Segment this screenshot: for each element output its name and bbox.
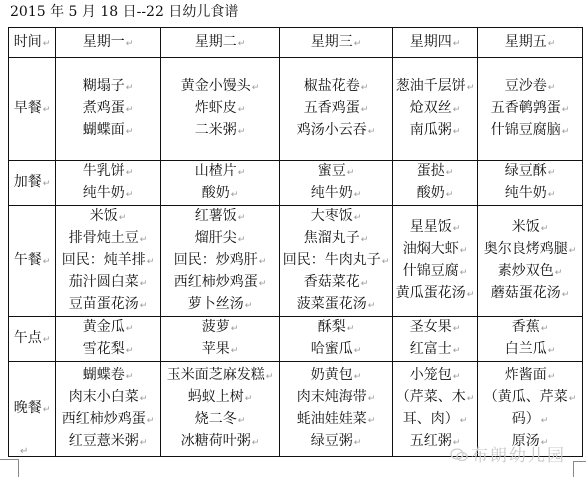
header-day-wed: 星期三↵	[280, 28, 393, 58]
dish-item: 椒盐花卷↵	[280, 76, 392, 98]
header-day-mon: 星期一↵	[56, 28, 161, 58]
dish-item: 煮鸡蛋↵	[56, 98, 160, 120]
dish-item: （黄瓜、芹菜↵	[478, 387, 582, 409]
menu-cell: 糊塌子↵煮鸡蛋↵蝴蝶面↵	[56, 58, 161, 161]
dish-item: 豆沙卷↵	[478, 76, 582, 98]
dish-item: 油焖大虾↵	[393, 239, 477, 261]
dish-item: 米饭↵	[478, 217, 582, 239]
header-time: 时间↵	[9, 28, 56, 58]
dish-item: 黄瓜蛋花汤↵	[393, 283, 477, 305]
dish-item: 菠菜蛋花汤↵	[280, 294, 392, 316]
dish-item: 耳、肉）↵	[393, 409, 477, 431]
meal-time-label: 早餐↵	[9, 58, 56, 161]
dish-item: 红薯饭↵	[161, 206, 279, 228]
dish-item: 山楂片↵	[161, 161, 279, 183]
dish-item: 星星饭↵	[393, 217, 477, 239]
dish-item: 黄金瓜↵	[56, 317, 160, 339]
paragraph-mark: ↵	[20, 446, 28, 457]
dish-item: 二米粥↵	[161, 120, 279, 142]
header-day-thu: 星期四↵	[393, 28, 478, 58]
dish-item: 焦溜丸子↵	[280, 228, 392, 250]
dish-item: 熘肝尖↵	[161, 228, 279, 250]
dish-item: 炸酱面↵	[478, 365, 582, 387]
dish-item: 黄金小馒头↵	[161, 76, 279, 98]
dish-item: 蚂蚁上树↵	[161, 387, 279, 409]
dish-item: 什锦豆腐↵	[393, 261, 477, 283]
dish-item: 蘑菇蛋花汤↵	[478, 283, 582, 305]
watermark: 布朗幼儿园	[450, 441, 566, 466]
dish-item: 雪花梨↵	[56, 339, 160, 361]
menu-cell: 蝴蝶卷↵肉末小白菜↵西红柿炒鸡蛋↵红豆薏米粥↵	[56, 362, 161, 457]
document-title: 2015 年 5 月 18 日--22 日幼儿食谱	[10, 3, 238, 21]
dish-item: 酸奶↵	[393, 183, 477, 205]
dish-item: 苹果↵	[161, 339, 279, 361]
dish-item: 奥尔良烤鸡腿↵	[478, 239, 582, 261]
dish-item: 炸虾皮↵	[161, 98, 279, 120]
menu-cell: 星星饭↵油焖大虾↵什锦豆腐↵黄瓜蛋花汤↵	[393, 206, 478, 317]
dish-item: 绿豆粥↵	[280, 431, 392, 453]
dish-item: 白兰瓜↵	[478, 339, 582, 361]
meal-time-label: 午点↵	[9, 317, 56, 362]
dish-item: 五香鹌鹑蛋↵	[478, 98, 582, 120]
dish-item: 圣女果↵	[393, 317, 477, 339]
dish-item: 回民：牛肉丸子↵	[280, 250, 392, 272]
menu-cell: 绿豆酥↵纯牛奶↵	[478, 161, 583, 206]
dish-item: 回民：炖羊排↵	[56, 250, 160, 272]
dish-item: 红富士↵	[393, 339, 477, 361]
dish-item: 萝卜丝汤↵	[161, 294, 279, 316]
menu-cell: 豆沙卷↵五香鹌鹑蛋↵什锦豆腐脑↵	[478, 58, 583, 161]
weekly-menu-table: 时间↵ 星期一↵ 星期二↵ 星期三↵ 星期四↵ 星期五↵ 早餐↵糊塌子↵煮鸡蛋↵…	[8, 27, 583, 457]
dish-item: 西红柿炒鸡蛋↵	[161, 272, 279, 294]
meal-row: 午餐↵米饭↵排骨炖土豆↵回民：炖羊排↵茄汁圆白菜↵豆苗蛋花汤↵红薯饭↵熘肝尖↵回…	[9, 206, 583, 317]
menu-cell: 山楂片↵酸奶↵	[161, 161, 280, 206]
dish-item: （芹菜、木↵	[393, 387, 477, 409]
dish-item: 肉末炖海带↵	[280, 387, 392, 409]
dish-item: 鸡汤小云吞↵	[280, 120, 392, 142]
dish-item: 葱油千层饼↵	[393, 76, 477, 98]
dish-item: 蜜豆↵	[280, 161, 392, 183]
dish-item: 回民：炒鸡肝↵	[161, 250, 279, 272]
meal-time-label: 加餐↵	[9, 161, 56, 206]
header-day-tue: 星期二↵	[161, 28, 280, 58]
menu-cell: 黄金小馒头↵炸虾皮↵二米粥↵	[161, 58, 280, 161]
dish-item: 蝴蝶卷↵	[56, 365, 160, 387]
meal-row: 午点↵黄金瓜↵雪花梨↵菠萝↵苹果↵酥梨↵哈蜜瓜↵圣女果↵红富士↵香蕉↵白兰瓜↵	[9, 317, 583, 362]
dish-item: 米饭↵	[56, 206, 160, 228]
dish-item: 素炒双色↵	[478, 261, 582, 283]
dish-item: 香蕉↵	[478, 317, 582, 339]
menu-cell: 米饭↵奥尔良烤鸡腿↵素炒双色↵蘑菇蛋花汤↵	[478, 206, 583, 317]
meal-time-label: 晚餐↵	[9, 362, 56, 457]
menu-cell: 牛乳饼↵纯牛奶↵	[56, 161, 161, 206]
menu-cell: 黄金瓜↵雪花梨↵	[56, 317, 161, 362]
menu-cell: 玉米面芝麻发糕↵蚂蚁上树↵烧二冬↵冰糖荷叶粥↵	[161, 362, 280, 457]
dish-item: 南瓜粥↵	[393, 120, 477, 142]
dish-item: 绿豆酥↵	[478, 161, 582, 183]
dish-item: 牛乳饼↵	[56, 161, 160, 183]
dish-item: 小笼包↵	[393, 365, 477, 387]
meal-row: 加餐↵牛乳饼↵纯牛奶↵山楂片↵酸奶↵蜜豆↵纯牛奶↵蛋挞↵酸奶↵绿豆酥↵纯牛奶↵	[9, 161, 583, 206]
dish-item: 冰糖荷叶粥↵	[161, 431, 279, 453]
header-day-fri: 星期五↵	[478, 28, 583, 58]
dish-item: 西红柿炒鸡蛋↵	[56, 409, 160, 431]
dish-item: 炝双丝↵	[393, 98, 477, 120]
menu-cell: 菠萝↵苹果↵	[161, 317, 280, 362]
menu-cell: 米饭↵排骨炖土豆↵回民：炖羊排↵茄汁圆白菜↵豆苗蛋花汤↵	[56, 206, 161, 317]
dish-item: 蛋挞↵	[393, 161, 477, 183]
dish-item: 玉米面芝麻发糕↵	[161, 365, 279, 387]
menu-cell: 蛋挞↵酸奶↵	[393, 161, 478, 206]
dish-item: 码）↵	[478, 409, 582, 431]
dish-item: 肉末小白菜↵	[56, 387, 160, 409]
dish-item: 酥梨↵	[280, 317, 392, 339]
menu-cell: 椒盐花卷↵五香鸡蛋↵鸡汤小云吞↵	[280, 58, 393, 161]
dish-item: 大枣饭↵	[280, 206, 392, 228]
dish-item: 什锦豆腐脑↵	[478, 120, 582, 142]
dish-item: 红豆薏米粥↵	[56, 431, 160, 453]
page-corner-mark-left	[0, 459, 19, 477]
menu-cell: 大枣饭↵焦溜丸子↵回民：牛肉丸子↵香菇菜花↵菠菜蛋花汤↵	[280, 206, 393, 317]
menu-cell: 香蕉↵白兰瓜↵	[478, 317, 583, 362]
dish-item: 茄汁圆白菜↵	[56, 272, 160, 294]
meal-row: 早餐↵糊塌子↵煮鸡蛋↵蝴蝶面↵黄金小馒头↵炸虾皮↵二米粥↵椒盐花卷↵五香鸡蛋↵鸡…	[9, 58, 583, 161]
dish-item: 纯牛奶↵	[478, 183, 582, 205]
meal-time-label: 午餐↵	[9, 206, 56, 317]
wechat-icon	[450, 448, 468, 462]
menu-cell: 蜜豆↵纯牛奶↵	[280, 161, 393, 206]
dish-item: 酸奶↵	[161, 183, 279, 205]
dish-item: 菠萝↵	[161, 317, 279, 339]
menu-cell: 酥梨↵哈蜜瓜↵	[280, 317, 393, 362]
dish-item: 烧二冬↵	[161, 409, 279, 431]
menu-cell: 圣女果↵红富士↵	[393, 317, 478, 362]
dish-item: 排骨炖土豆↵	[56, 228, 160, 250]
dish-item: 蝴蝶面↵	[56, 120, 160, 142]
dish-item: 奶黄包↵	[280, 365, 392, 387]
dish-item: 纯牛奶↵	[280, 183, 392, 205]
menu-cell: 红薯饭↵熘肝尖↵回民：炒鸡肝↵西红柿炒鸡蛋↵萝卜丝汤↵	[161, 206, 280, 317]
page-corner-mark-right	[573, 461, 586, 477]
menu-cell: 葱油千层饼↵炝双丝↵南瓜粥↵	[393, 58, 478, 161]
menu-cell: 奶黄包↵肉末炖海带↵蚝油娃娃菜↵绿豆粥↵	[280, 362, 393, 457]
dish-item: 糊塌子↵	[56, 76, 160, 98]
dish-item: 纯牛奶↵	[56, 183, 160, 205]
dish-item: 香菇菜花↵	[280, 272, 392, 294]
dish-item: 豆苗蛋花汤↵	[56, 294, 160, 316]
dish-item: 五香鸡蛋↵	[280, 98, 392, 120]
dish-item: 哈蜜瓜↵	[280, 339, 392, 361]
header-row: 时间↵ 星期一↵ 星期二↵ 星期三↵ 星期四↵ 星期五↵	[9, 28, 583, 58]
dish-item: 蚝油娃娃菜↵	[280, 409, 392, 431]
